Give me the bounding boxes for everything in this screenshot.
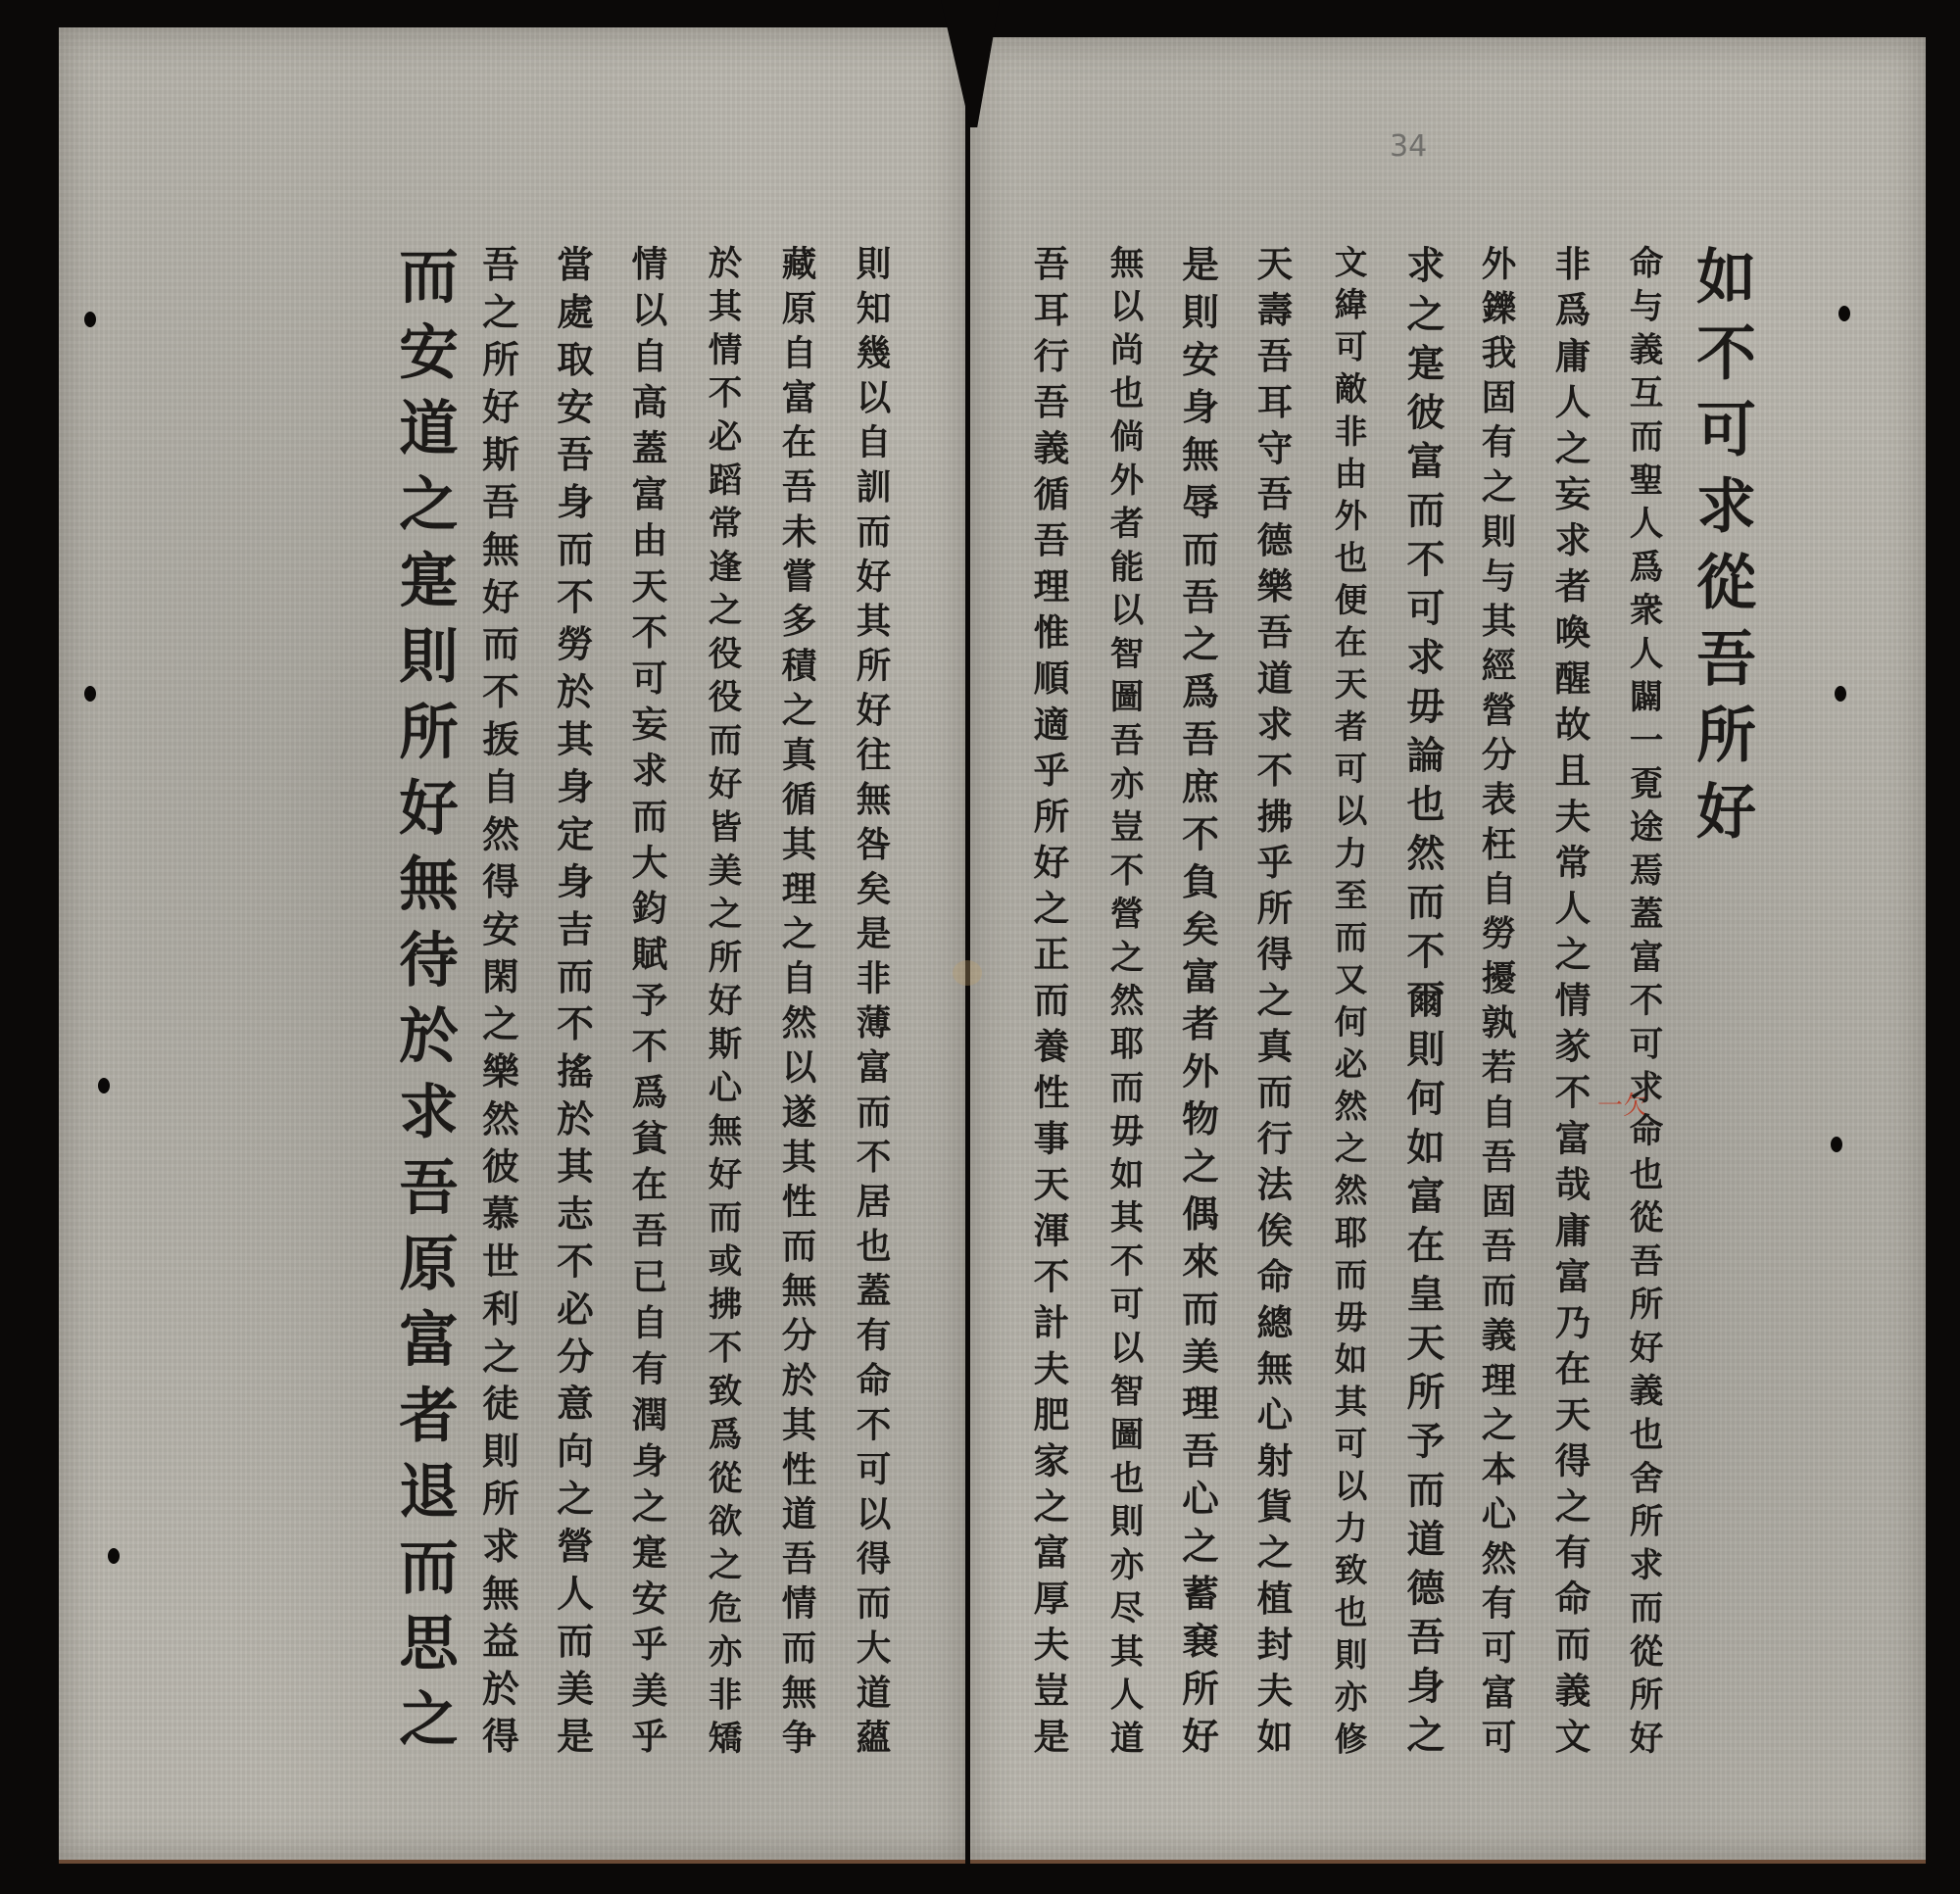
left-col-2: 藏原自富在吾未嘗多積之真循其理之自然以遂其性而無分於其性道吾情而無争: [760, 245, 831, 1764]
binding-hole: [1835, 686, 1846, 702]
right-col-2: 命与義互而聖人爲衆人闢一覔途焉蓋富不可求命也從吾所好義也舍所求而從所好: [1607, 245, 1678, 1764]
binding-hole: [1838, 306, 1850, 321]
page-number: 34: [1390, 129, 1427, 164]
right-col-3: 非爲庸人之妄求者喚醒故且夫常人之情㒸不富哉庸富乃在天得之有命而義文: [1535, 245, 1605, 1764]
left-col-6: 吾之所好斯吾無好而不㧞自然得安閑之樂然彼慕世利之徒則所求無益於得: [463, 245, 533, 1764]
right-col-4: 外鑠我固有之則与其經營分表枉自勞擾孰若自吾固吾而義理之本心然有可富可: [1460, 245, 1531, 1764]
right-col-5: 求之寔彼富而不可求毋論也然而不爾則何如富在皇天所予而道德吾身之: [1388, 245, 1458, 1764]
binding-hole: [84, 312, 96, 327]
right-col-7: 天壽吾耳守吾德樂吾道求不拂乎所得之真而行法俟命總無心射貨之植封夫如: [1237, 245, 1307, 1764]
right-col-10: 吾耳行吾義循吾理惟順適乎所好之正而養性事天渾不計夫肥家之富厚夫豈是: [1013, 245, 1084, 1764]
right-col-8: 是則安身無辱而吾之爲吾庶不負矣富者外物之偶來而美理吾心之蓄㐮所好: [1162, 245, 1233, 1764]
left-col-7: 而安道之寔則所好無待於求吾原富者退而思之: [388, 245, 459, 1764]
left-col-1: 則知幾以自訓而好其所好往無咎矣是非薄富而不居也蓋有命不可以得而大道蘊: [835, 245, 906, 1764]
left-col-5: 當處取安吾身而不勞於其身定身吉而不搖於其志不必分意向之營人而美是: [537, 245, 608, 1764]
right-col-9: 無以尚也倘外者能以智圖吾亦豈不營之然耶而毋如其不可以智圖也則亦尽其人道: [1088, 245, 1158, 1764]
binding-hole: [84, 686, 96, 702]
right-col-title: 如不可求從吾所好: [1686, 245, 1756, 856]
right-col-6: 文緯可敵非由外也便在天者可以力至而又何必然之然耶而毋如其可以力致也則亦修: [1313, 245, 1384, 1764]
binding-hole: [1831, 1137, 1842, 1152]
left-col-4: 情以自高蓋富由天不可妄求而大鈞賦予不爲貧在吾已自有潤身之寔安乎美乎: [612, 245, 682, 1764]
paper-stain: [953, 960, 982, 986]
left-col-3: 於其情不必蹈常逢之役役而好皆美之所好斯心無好而或拂不致爲從欲之危亦非矯: [686, 245, 757, 1764]
binding-hole: [98, 1078, 110, 1093]
binding-hole: [108, 1548, 120, 1564]
